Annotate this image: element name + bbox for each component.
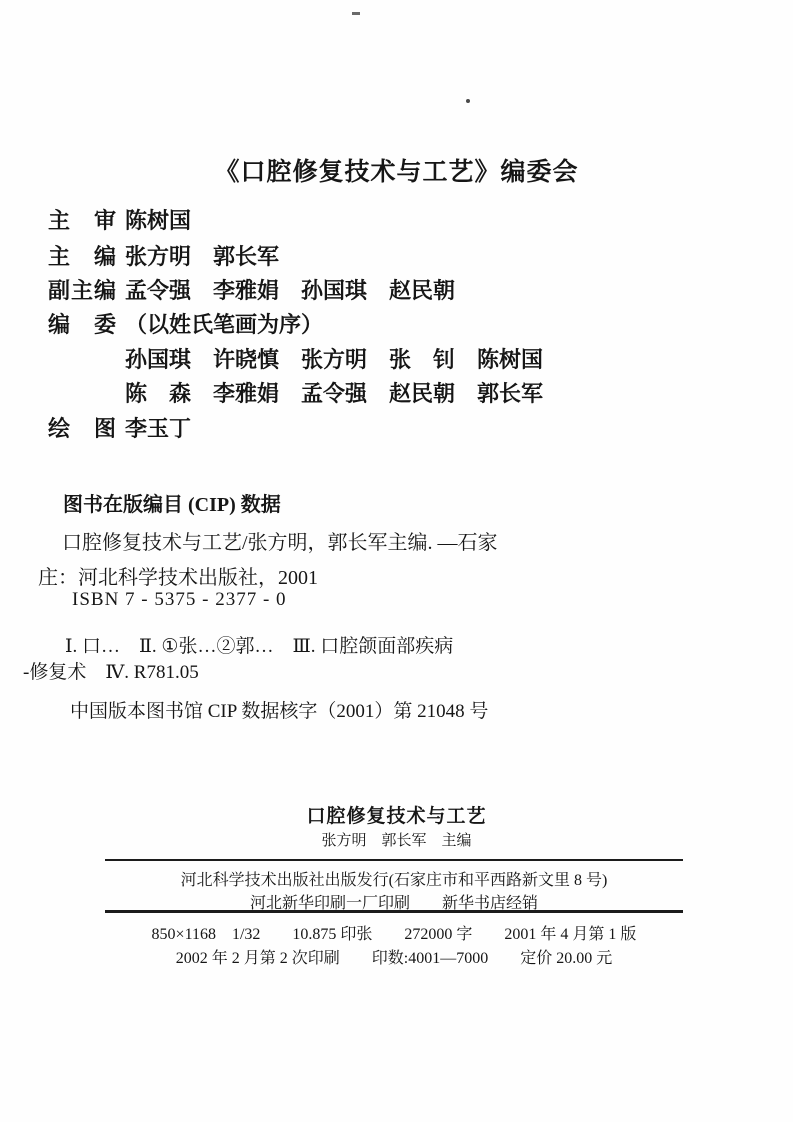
scan-speck-dot	[466, 99, 470, 103]
committee-row-members-1: 孙国琪 许晓慎 张方明 张 钊 陈树国	[48, 343, 543, 374]
role-label: 主 审	[48, 204, 125, 235]
top-divider-line	[105, 859, 683, 861]
role-label: 编 委	[48, 308, 125, 339]
role-names: 张方明 郭长军	[125, 240, 279, 271]
committee-title: 《口腔修复技术与工艺》编委会	[0, 152, 793, 188]
middle-divider-line	[105, 910, 683, 913]
cip-heading: 图书在版编目 (CIP) 数据	[63, 488, 281, 517]
role-label	[48, 377, 125, 408]
role-label	[48, 343, 125, 374]
role-label: 绘 图	[48, 412, 125, 443]
colophon-byline: 张方明 郭长军 主编	[0, 829, 793, 850]
role-names: 陈树国	[125, 204, 191, 235]
book-copyright-page: 《口腔修复技术与工艺》编委会 主 审 陈树国 主 编 张方明 郭长军 副主编 孟…	[0, 0, 793, 1122]
role-label: 主 编	[48, 240, 125, 271]
committee-row-members-2: 陈 森 李雅娟 孟令强 赵民朝 郭长军	[48, 377, 543, 408]
committee-row-members-note: 编 委 （以姓氏笔画为序）	[48, 308, 323, 339]
cip-record-number: 中国版本图书馆 CIP 数据核字（2001）第 21048 号	[70, 696, 488, 723]
cip-classification-line-1: Ⅰ. 口… Ⅱ. ①张…②郭… Ⅲ. 口腔颌面部疾病	[65, 631, 453, 658]
member-names: 陈 森 李雅娟 孟令强 赵民朝 郭长军	[125, 377, 543, 408]
committee-row-chief-reviewer: 主 审 陈树国	[48, 204, 191, 235]
publisher-line: 河北科学技术出版社出版发行(石家庄市和平西路新文里 8 号)	[105, 867, 683, 890]
member-names: 孙国琪 许晓慎 张方明 张 钊 陈树国	[125, 343, 543, 374]
role-names: 孟令强 李雅娟 孙国琪 赵民朝	[125, 274, 455, 305]
print-spec-line-1: 850×1168 1/32 10.875 印张 272000 字 2001 年 …	[105, 921, 683, 944]
members-order-note: （以姓氏笔画为序）	[125, 308, 323, 339]
committee-row-deputy-editors: 副主编 孟令强 李雅娟 孙国琪 赵民朝	[48, 274, 455, 305]
committee-row-illustrator: 绘 图 李玉丁	[48, 412, 191, 443]
colophon-book-title: 口腔修复技术与工艺	[0, 801, 793, 828]
cip-title-statement-line-1: 口腔修复技术与工艺/张方明，郭长军主编. —石家	[62, 526, 498, 555]
cip-isbn: ISBN 7 - 5375 - 2377 - 0	[72, 589, 287, 611]
cip-classification-line-2: -修复术 Ⅳ. R781.05	[23, 657, 199, 684]
cip-title-statement-line-2: 庄：河北科学技术出版社，2001	[38, 561, 318, 590]
role-label: 副主编	[48, 274, 125, 305]
role-names: 李玉丁	[125, 412, 191, 443]
scan-speck-dash	[352, 12, 360, 15]
committee-row-chief-editor: 主 编 张方明 郭长军	[48, 240, 279, 271]
print-spec-line-2: 2002 年 2 月第 2 次印刷 印数:4001—7000 定价 20.00 …	[105, 945, 683, 968]
